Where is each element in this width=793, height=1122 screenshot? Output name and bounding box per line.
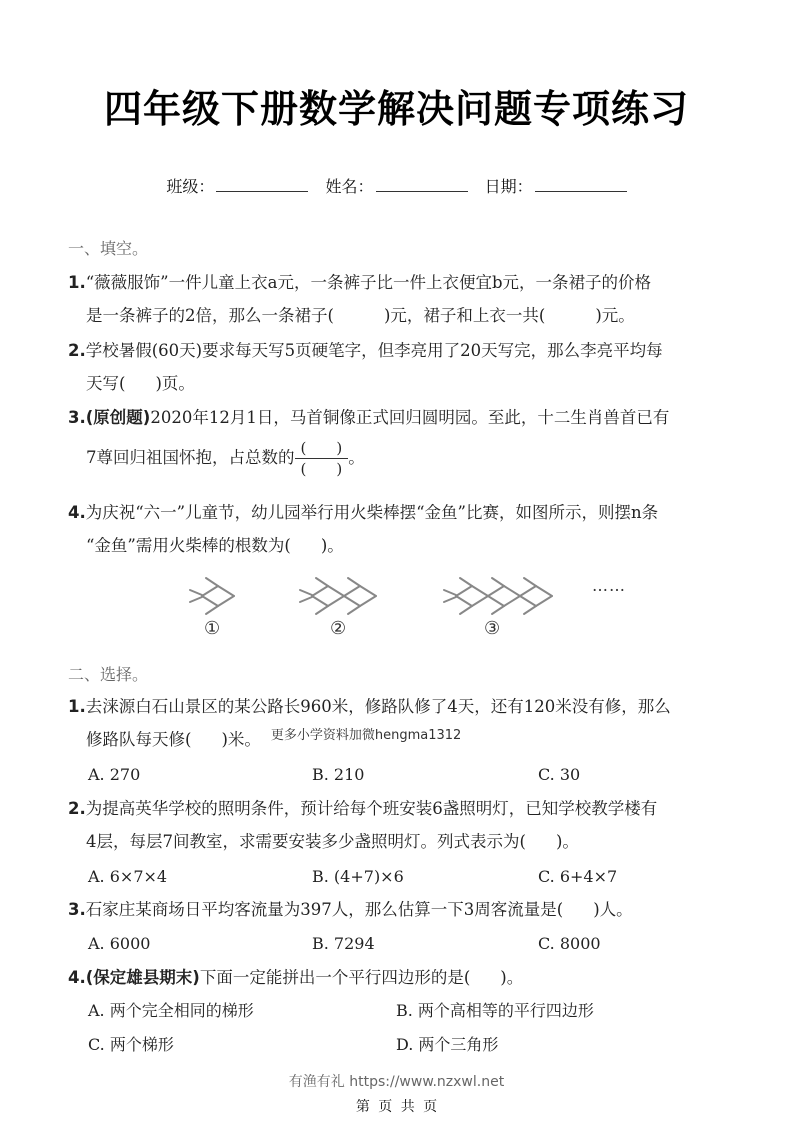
page-title: 四年级下册数学解决问题专项练习 bbox=[0, 78, 793, 133]
class-field: 班级： bbox=[166, 174, 308, 197]
question-number: 2. bbox=[68, 341, 86, 360]
question-number: 4. bbox=[68, 968, 86, 987]
date-field: 日期： bbox=[485, 174, 627, 197]
question-text: 石家庄某商场日平均客流量为397人，那么估算一下3周客流量是( bbox=[86, 900, 563, 919]
option-b[interactable]: B. 7294 bbox=[312, 927, 375, 960]
choice-question-2: 2.为提高英华学校的照明条件，预计给每个班安装6盏照明灯，已知学校教学楼有 4层… bbox=[68, 792, 733, 858]
fraction-numerator: ( ) bbox=[295, 438, 349, 459]
choice-question-1: 1.去涞源白石山景区的某公路长960米，修路队修了4天，还有120米没有修，那么… bbox=[68, 690, 733, 758]
question-text: )人。 bbox=[593, 900, 632, 919]
question-text: 。 bbox=[348, 448, 365, 467]
class-blank[interactable] bbox=[216, 177, 308, 192]
question-text: 为提高英华学校的照明条件，预计给每个班安装6盏照明灯，已知学校教学楼有 bbox=[86, 799, 658, 818]
question-text: “薇薇服饰”一件儿童上衣a元，一条裤子比一件上衣便宜b元，一条裙子的价格 bbox=[86, 273, 651, 292]
fill-question-2: 2.学校暑假(60天)要求每天写5页硬笔字，但李亮用了20天写完，那么李亮平均每… bbox=[68, 334, 733, 400]
fill-question-3: 3.(原创题)2020年12月1日，马首铜像正式回归圆明园。至此，十二生肖兽首已… bbox=[68, 401, 733, 479]
question-text: )。 bbox=[500, 968, 523, 987]
option-c[interactable]: C. 6+4×7 bbox=[538, 860, 617, 893]
figure-label: ② bbox=[330, 618, 346, 639]
goldfish-figure-3-icon bbox=[442, 576, 558, 616]
question-text: 2020年12月1日，马首铜像正式回归圆明园。至此，十二生肖兽首已有 bbox=[150, 408, 669, 427]
date-label: 日期： bbox=[485, 177, 533, 196]
question-number: 4. bbox=[68, 503, 86, 522]
choice-question-3: 3.石家庄某商场日平均客流量为397人，那么估算一下3周客流量是()人。 bbox=[68, 893, 733, 926]
option-c[interactable]: C. 8000 bbox=[538, 927, 601, 960]
question-text: 为庆祝“六一”儿童节，幼儿园举行用火柴棒摆“金鱼”比赛，如图所示，则摆n条 bbox=[86, 503, 658, 522]
question-text: )元。 bbox=[595, 306, 634, 325]
question-text: 学校暑假(60天)要求每天写5页硬笔字，但李亮用了20天写完，那么李亮平均每 bbox=[86, 341, 663, 360]
class-label: 班级： bbox=[166, 177, 214, 196]
option-c[interactable]: C. 两个梯形 bbox=[88, 1028, 174, 1061]
question-text: )。 bbox=[321, 536, 344, 555]
option-d[interactable]: D. 两个三角形 bbox=[396, 1028, 498, 1061]
option-a[interactable]: A. 6000 bbox=[88, 927, 150, 960]
option-b[interactable]: B. 两个高相等的平行四边形 bbox=[396, 994, 594, 1027]
section-heading-choice: 二、选择。 bbox=[68, 662, 148, 685]
footer-page-number: 第 页 共 页 bbox=[0, 1096, 793, 1116]
question-number: 1. bbox=[68, 273, 86, 292]
student-info: 班级： 姓名： 日期： bbox=[0, 174, 793, 197]
fraction-denominator: ( ) bbox=[295, 459, 349, 479]
question-number: 3. bbox=[68, 900, 86, 919]
date-blank[interactable] bbox=[535, 177, 627, 192]
question-tag: (原创题) bbox=[86, 408, 151, 427]
option-a[interactable]: A. 6×7×4 bbox=[88, 860, 167, 893]
question-text: )页。 bbox=[155, 374, 194, 393]
question-text: )。 bbox=[556, 832, 579, 851]
name-field: 姓名： bbox=[325, 174, 467, 197]
goldfish-figure-2-icon bbox=[298, 576, 382, 616]
question-text: 是一条裤子的2倍，那么一条裙子( bbox=[86, 306, 334, 325]
option-b[interactable]: B. 210 bbox=[312, 758, 364, 791]
name-blank[interactable] bbox=[376, 177, 468, 192]
question-text: 4层，每层7间教室，求需要安装多少盏照明灯。列式表示为( bbox=[86, 832, 526, 851]
ellipsis: …… bbox=[592, 576, 626, 595]
option-b[interactable]: B. (4+7)×6 bbox=[312, 860, 404, 893]
option-a[interactable]: A. 270 bbox=[88, 758, 140, 791]
name-label: 姓名： bbox=[325, 177, 373, 196]
question-number: 1. bbox=[68, 697, 86, 716]
question-text: )米。 bbox=[221, 730, 260, 749]
goldfish-figures: ① ② ③ …… bbox=[180, 572, 640, 652]
watermark-note: 更多小学资料加微hengma1312 bbox=[271, 728, 461, 743]
option-c[interactable]: C. 30 bbox=[538, 758, 580, 791]
question-text: 下面一定能拼出一个平行四边形的是( bbox=[200, 968, 470, 987]
option-a[interactable]: A. 两个完全相同的梯形 bbox=[88, 994, 254, 1027]
question-text: 去涞源白石山景区的某公路长960米，修路队修了4天，还有120米没有修，那么 bbox=[86, 697, 671, 716]
question-text: 天写( bbox=[86, 374, 125, 393]
figure-label: ③ bbox=[484, 618, 500, 639]
question-tag: (保定雄县期末) bbox=[86, 968, 200, 987]
section-heading-fill-in: 一、填空。 bbox=[68, 236, 148, 259]
goldfish-figure-1-icon bbox=[188, 576, 244, 616]
fraction-blank[interactable]: ( )( ) bbox=[295, 438, 349, 479]
fill-question-4: 4.为庆祝“六一”儿童节，幼儿园举行用火柴棒摆“金鱼”比赛，如图所示，则摆n条 … bbox=[68, 496, 733, 562]
question-number: 3. bbox=[68, 408, 86, 427]
question-text: “金鱼”需用火柴棒的根数为( bbox=[86, 536, 291, 555]
choice-question-4: 4.(保定雄县期末)下面一定能拼出一个平行四边形的是()。 bbox=[68, 961, 733, 994]
footer-site-link[interactable]: 有渔有礼 https://www.nzxwl.net bbox=[0, 1071, 793, 1091]
question-text: 修路队每天修( bbox=[86, 730, 191, 749]
question-text: 7尊回归祖国怀抱，占总数的 bbox=[86, 448, 295, 467]
fill-question-1: 1.“薇薇服饰”一件儿童上衣a元，一条裤子比一件上衣便宜b元，一条裙子的价格 是… bbox=[68, 266, 733, 332]
question-text: )元，裙子和上衣一共( bbox=[384, 306, 545, 325]
figure-label: ① bbox=[204, 618, 220, 639]
question-number: 2. bbox=[68, 799, 86, 818]
